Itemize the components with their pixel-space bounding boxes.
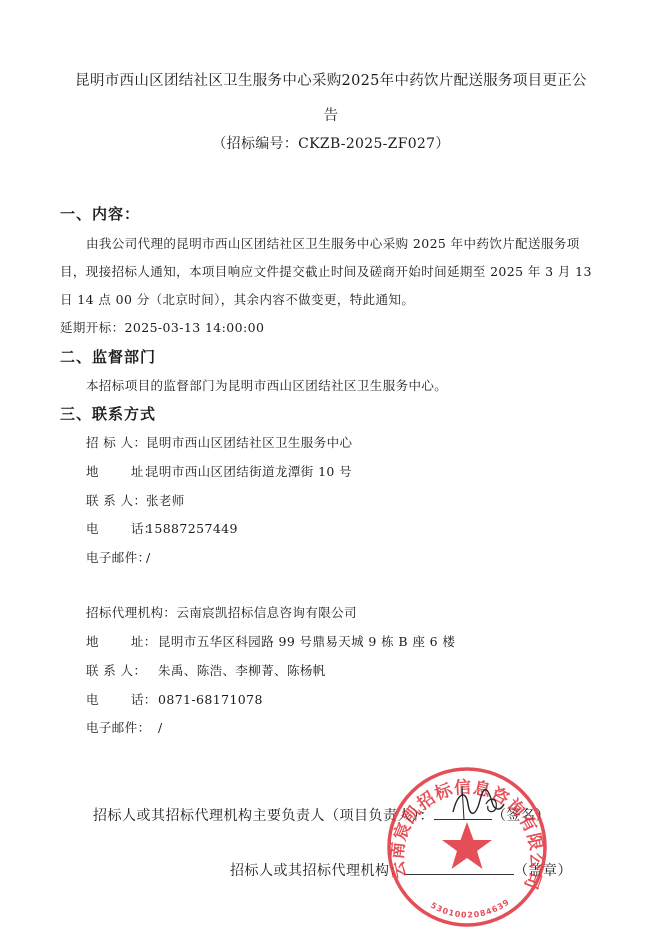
signature-row: 招标人或其招标代理机构主要负责人（项目负责人）：（签名） bbox=[93, 805, 550, 825]
delayed-opening-value: 2025-03-13 14:00:00 bbox=[125, 320, 265, 335]
agency-phone-label: 电话： bbox=[86, 690, 158, 708]
document-page: 昆明市西山区团结社区卫生服务中心采购2025年中药饮片配送服务项目更正公 告 （… bbox=[0, 0, 662, 927]
bid-number: （招标编号：CKZB-2025-ZF027） bbox=[0, 133, 662, 153]
document-title-line1: 昆明市西山区团结社区卫生服务中心采购2025年中药饮片配送服务项目更正公 bbox=[0, 69, 662, 90]
company-seal-stamp: 云南宸凯招标信息咨询有限公司 5301002084639 bbox=[384, 764, 550, 927]
agency-address-row: 地址：昆明市五华区科园路 99 号鼎易天城 9 栋 B 座 6 楼 bbox=[86, 632, 455, 650]
agency-address-value: 昆明市五华区科园路 99 号鼎易天城 9 栋 B 座 6 楼 bbox=[158, 634, 455, 649]
tenderer-contact-label: 联 系 人： bbox=[86, 491, 146, 509]
signature-suffix: （签名） bbox=[492, 808, 550, 824]
content-paragraph-line2: 目，现接招标人通知，本项目响应文件提交截止时间及磋商开始时间延期至 2025 年… bbox=[60, 262, 592, 280]
agency-contact-row: 联 系 人：朱禹、陈浩、李柳菁、陈杨帆 bbox=[86, 661, 326, 679]
tenderer-phone-row: 电话：15887257449 bbox=[86, 519, 238, 537]
seal-field bbox=[404, 860, 514, 875]
document-title-line2: 告 bbox=[0, 104, 662, 125]
seal-row: 招标人或其招标代理机构：（盖章） bbox=[230, 860, 572, 880]
agency-email-label: 电子邮件： bbox=[86, 718, 158, 736]
content-paragraph-line3: 日 14 点 00 分（北京时间），其余内容不做变更，特此通知。 bbox=[60, 290, 414, 308]
section-heading-contact: 三、联系方式 bbox=[60, 403, 156, 424]
tenderer-contact-row: 联 系 人：张老师 bbox=[86, 491, 185, 509]
delayed-opening-row: 延期开标：2025-03-13 14:00:00 bbox=[60, 318, 264, 336]
tenderer-name-label: 招 标 人： bbox=[86, 433, 146, 451]
agency-email-row: 电子邮件：/ bbox=[86, 718, 163, 736]
agency-phone-row: 电话：0871-68171078 bbox=[86, 690, 263, 708]
tenderer-phone-value: 15887257449 bbox=[146, 521, 238, 536]
agency-address-label: 地址： bbox=[86, 632, 158, 650]
agency-contact-value: 朱禹、陈浩、李柳菁、陈杨帆 bbox=[158, 663, 326, 678]
signature-field bbox=[434, 805, 492, 820]
tenderer-phone-label: 电话： bbox=[86, 519, 146, 537]
agency-email-value: / bbox=[158, 720, 163, 735]
agency-name-label: 招标代理机构： bbox=[86, 605, 176, 620]
agency-phone-value: 0871-68171078 bbox=[158, 692, 263, 707]
tenderer-contact-value: 张老师 bbox=[146, 493, 185, 508]
delayed-opening-label: 延期开标： bbox=[60, 320, 125, 335]
tenderer-address-row: 地址：昆明市西山区团结街道龙潭街 10 号 bbox=[86, 462, 352, 480]
svg-text:5301002084639: 5301002084639 bbox=[429, 897, 512, 919]
section-heading-supervision: 二、监督部门 bbox=[60, 346, 156, 367]
signature-label: 招标人或其招标代理机构主要负责人（项目负责人）： bbox=[93, 808, 434, 824]
tenderer-address-label: 地址： bbox=[86, 462, 146, 480]
tenderer-email-row: 电子邮件：/ bbox=[86, 548, 151, 566]
supervision-text: 本招标项目的监督部门为昆明市西山区团结社区卫生服务中心。 bbox=[86, 376, 447, 394]
tenderer-email-label: 电子邮件： bbox=[86, 548, 146, 566]
content-paragraph-line1: 由我公司代理的昆明市西山区团结社区卫生服务中心采购 2025 年中药饮片配送服务… bbox=[86, 234, 580, 252]
tenderer-name-value: 昆明市西山区团结社区卫生服务中心 bbox=[146, 435, 352, 450]
seal-label: 招标人或其招标代理机构： bbox=[230, 863, 404, 879]
section-heading-content: 一、内容： bbox=[60, 203, 140, 224]
tenderer-address-value: 昆明市西山区团结街道龙潭街 10 号 bbox=[146, 464, 352, 479]
agency-contact-label: 联 系 人： bbox=[86, 661, 158, 679]
seal-suffix: （盖章） bbox=[514, 863, 572, 879]
agency-name-row: 招标代理机构：云南宸凯招标信息咨询有限公司 bbox=[86, 603, 357, 621]
agency-name-value: 云南宸凯招标信息咨询有限公司 bbox=[176, 605, 357, 620]
tenderer-email-value: / bbox=[146, 550, 151, 565]
tenderer-name-row: 招 标 人：昆明市西山区团结社区卫生服务中心 bbox=[86, 433, 352, 451]
seal-number-text: 5301002084639 bbox=[429, 897, 512, 919]
